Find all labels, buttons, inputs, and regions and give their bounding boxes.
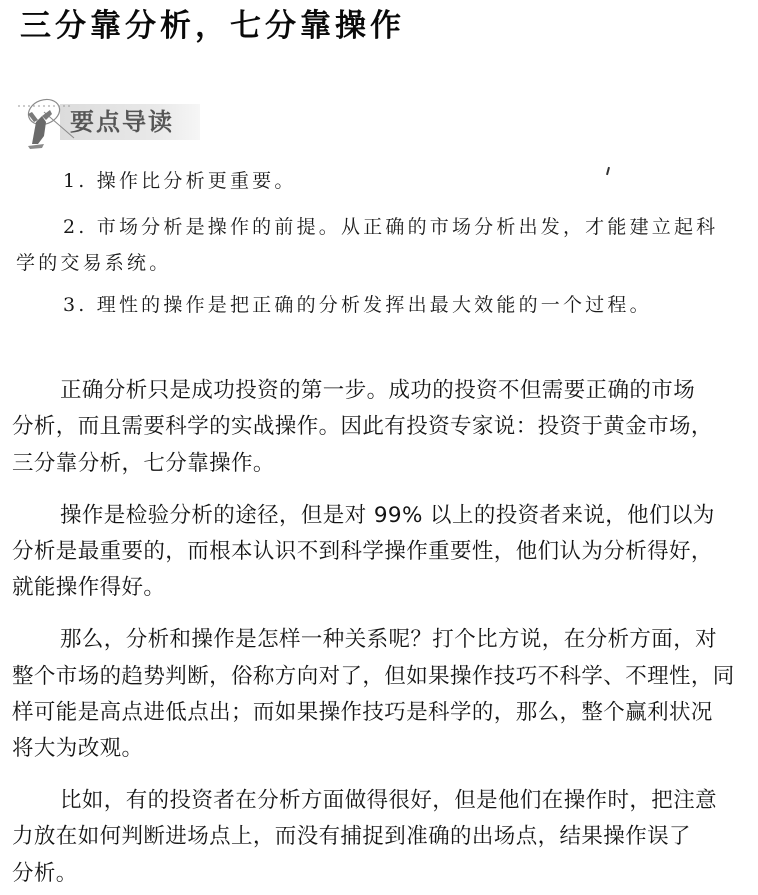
paragraph-4-line-1: 比如，有的投资者在分析方面做得很好，但是他们在操作时，把注意 bbox=[60, 786, 717, 816]
page-title: 三分靠分析，七分靠操作 bbox=[20, 6, 405, 46]
paragraph-3-line-2: 整个市场的趋势判断，俗称方向对了，但如果操作技巧不科学、不理性，同 bbox=[12, 662, 735, 692]
paragraph-2-line-3: 就能操作得好。 bbox=[12, 573, 165, 603]
paragraph-3-line-1: 那么，分析和操作是怎样一种关系呢？打个比方说，在分析方面，对 bbox=[60, 625, 717, 655]
key-point-2-continued: 学的交易系统。 bbox=[16, 250, 171, 276]
paragraph-3-line-4: 将大为改观。 bbox=[12, 734, 143, 764]
paragraph-2-line-2: 分析是最重要的，而根本认识不到科学操作重要性，他们认为分析得好， bbox=[12, 537, 713, 567]
paragraph-4-line-3: 分析。 bbox=[12, 859, 78, 889]
key-point-3: 3. 理性的操作是把正确的分析发挥出最大效能的一个过程。 bbox=[63, 292, 652, 318]
guide-banner: 要点导读 bbox=[14, 92, 214, 150]
scan-artifact bbox=[606, 167, 610, 175]
paragraph-1-line-3: 三分靠分析，七分靠操作。 bbox=[12, 449, 275, 479]
document-page: 三分靠分析，七分靠操作 要点导读 1. 操作比分析更重要。 2. 市场分析是操作… bbox=[0, 0, 758, 895]
paragraph-3-line-3: 样可能是高点进低点出；而如果操作技巧是科学的，那么，整个赢利状况 bbox=[12, 698, 713, 728]
paragraph-1-line-1: 正确分析只是成功投资的第一步。成功的投资不但需要正确的市场 bbox=[60, 376, 695, 406]
paragraph-1-line-2: 分析，而且需要科学的实战操作。因此有投资专家说：投资于黄金市场， bbox=[12, 412, 713, 442]
paragraph-4-line-2: 力放在如何判断进场点上，而没有捕捉到准确的出场点，结果操作误了 bbox=[12, 822, 691, 852]
key-point-1: 1. 操作比分析更重要。 bbox=[63, 168, 297, 194]
guide-label: 要点导读 bbox=[70, 106, 174, 138]
paragraph-2-line-1: 操作是检验分析的途径，但是对 99% 以上的投资者来说，他们以为 bbox=[60, 501, 715, 531]
key-point-2: 2. 市场分析是操作的前提。从正确的市场分析出发，才能建立起科 bbox=[63, 214, 718, 240]
